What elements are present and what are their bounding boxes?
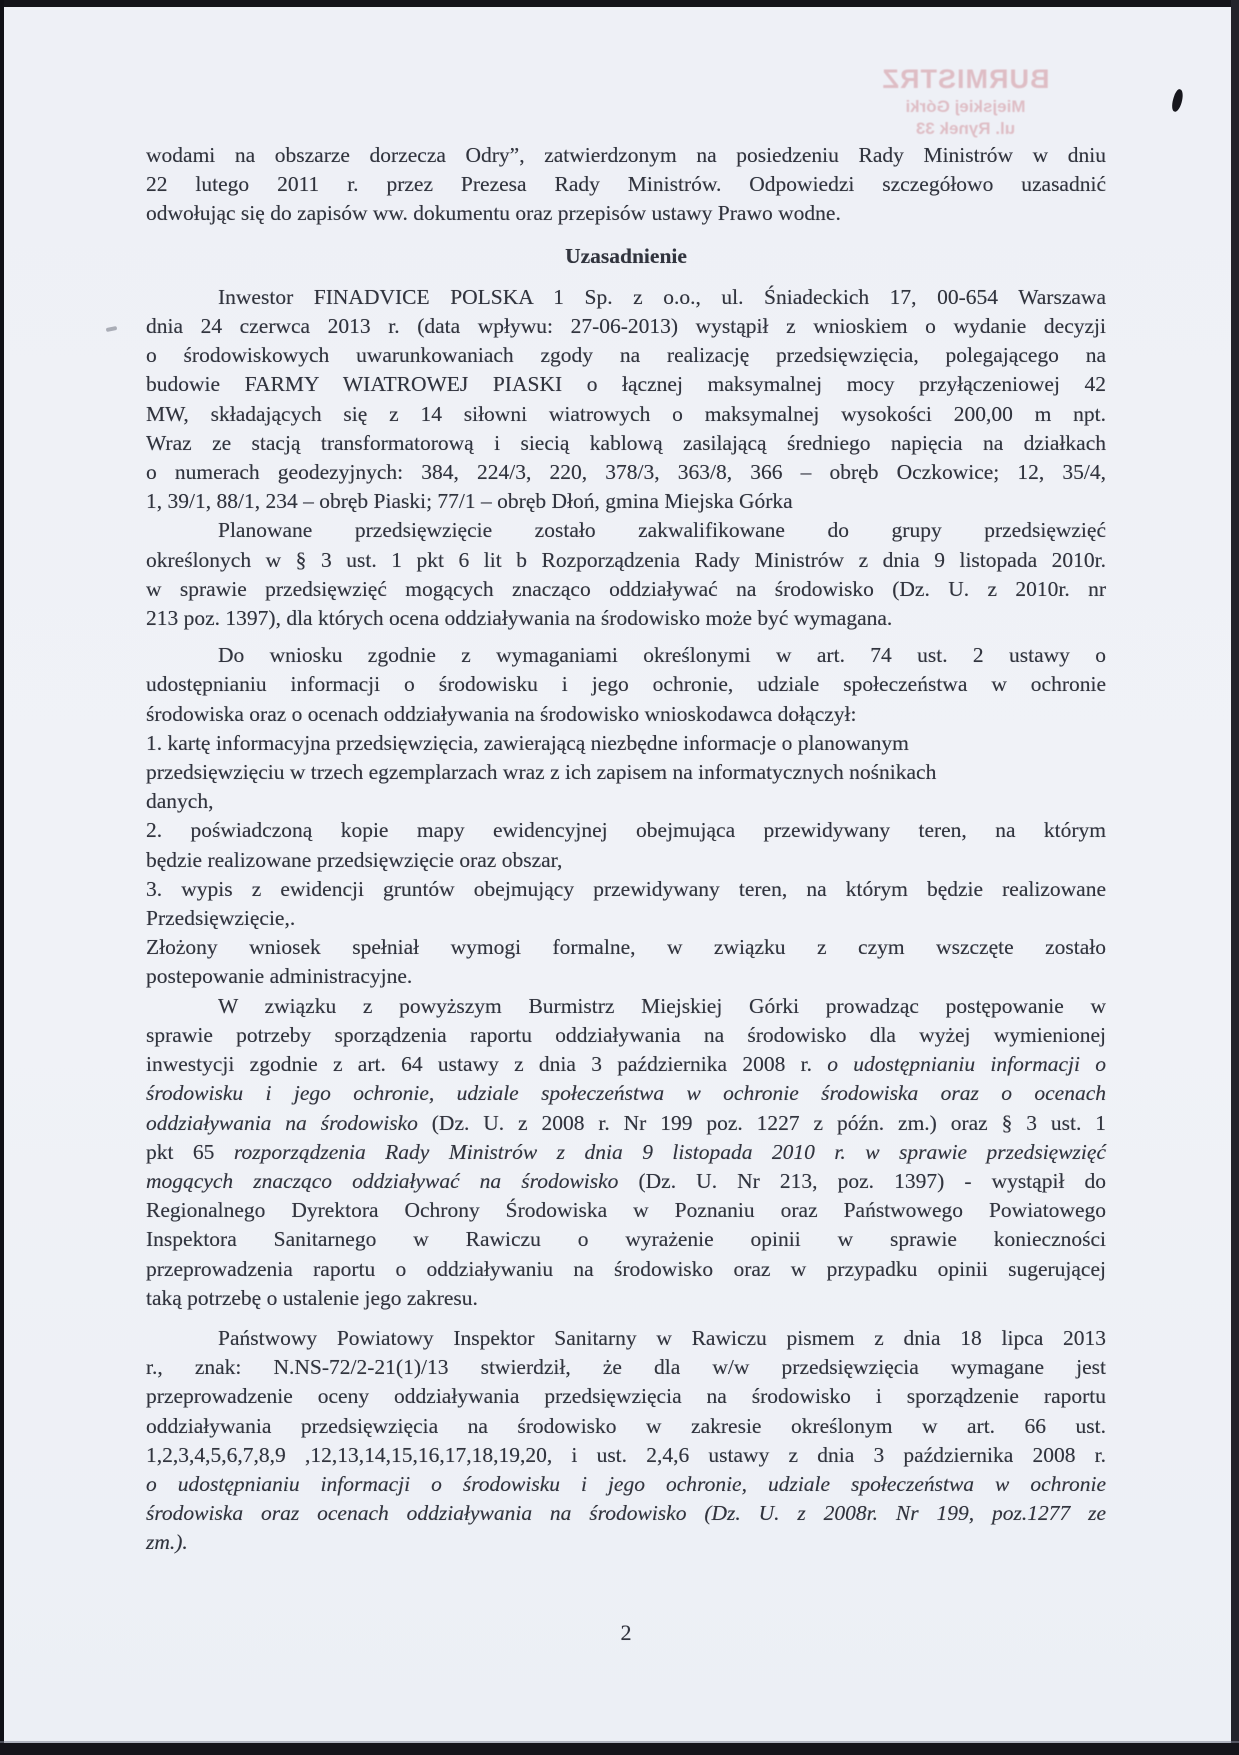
stray-mark (106, 326, 118, 332)
text-line: 2. poświadczoną kopie mapy ewidencyjnej … (146, 816, 1106, 845)
text-segment: (Dz. U. Nr 213, poz. 1397) - wystąpił do (639, 1169, 1107, 1193)
text-line: Wraz ze stacją transformatorową i siecią… (146, 429, 1106, 458)
text-line: mogących znacząco oddziaływać na środowi… (146, 1167, 1106, 1196)
text-segment: r., znak: N.NS-72/2-21(1)/13 stwierdził,… (146, 1355, 1106, 1379)
text-line: Planowane przedsięwzięcie zostało zakwal… (146, 516, 1106, 545)
text-segment: przeprowadzenia raportu o oddziaływaniu … (146, 1257, 1106, 1281)
ink-mark (1170, 88, 1185, 113)
paragraph: Państwowy Powiatowy Inspektor Sanitarny … (146, 1324, 1106, 1558)
document-body: wodami na obszarze dorzecza Odry”, zatwi… (146, 0, 1106, 1558)
text-line: taką potrzebę o ustalenie jego zakresu. (146, 1284, 1106, 1313)
text-segment: W związku z powyższym Burmistrz Miejskie… (218, 994, 1106, 1018)
text-segment: MW, składających się z 14 siłowni wiatro… (146, 402, 1106, 426)
text-line: odwołując się do zapisów ww. dokumentu o… (146, 199, 1106, 228)
text-segment: Regionalnego Dyrektora Ochrony Środowisk… (146, 1198, 1106, 1222)
text-segment: w sprawie przedsięwzięć mogących znacząc… (146, 577, 1106, 601)
text-segment: Państwowy Powiatowy Inspektor Sanitarny … (218, 1326, 1106, 1350)
text-segment: (Dz. U. z 2008 r. Nr 199 poz. 1227 z póź… (432, 1111, 1106, 1135)
text-segment: Wraz ze stacją transformatorową i siecią… (146, 431, 1106, 455)
text-segment: środowiska oraz o ocenach oddziaływania … (146, 702, 856, 726)
text-segment: Inspektora Sanitarnego w Rawiczu o wyraż… (146, 1227, 1106, 1251)
text-segment: o numerach geodezyjnych: 384, 224/3, 220… (146, 460, 1106, 484)
text-line: Złożony wniosek spełniał wymogi formalne… (146, 933, 1106, 962)
paragraph: wodami na obszarze dorzecza Odry”, zatwi… (146, 141, 1106, 229)
page-number: 2 (146, 1620, 1106, 1646)
text-line: będzie realizowane przedsięwzięcie oraz … (146, 846, 1106, 875)
text-segment: dnia 24 czerwca 2013 r. (data wpływu: 27… (146, 314, 1106, 338)
italic-text-segment: mogących znacząco oddziaływać na środowi… (146, 1169, 639, 1193)
text-segment: Planowane przedsięwzięcie zostało zakwal… (218, 518, 1106, 542)
paragraph: Planowane przedsięwzięcie zostało zakwal… (146, 516, 1106, 633)
text-segment: będzie realizowane przedsięwzięcie oraz … (146, 848, 562, 872)
text-segment: 1. kartę informacyjna przedsięwzięcia, z… (146, 731, 909, 755)
text-segment: 2. poświadczoną kopie mapy ewidencyjnej … (146, 818, 1106, 842)
italic-text-segment: zm.). (146, 1530, 188, 1554)
text-line: Regionalnego Dyrektora Ochrony Środowisk… (146, 1196, 1106, 1225)
text-line: oddziaływania przedsięwzięcia na środowi… (146, 1412, 1106, 1441)
text-line: o numerach geodezyjnych: 384, 224/3, 220… (146, 458, 1106, 487)
scan-edge-top (0, 0, 1239, 7)
text-line: 1,2,3,4,5,6,7,8,9 ,12,13,14,15,16,17,18,… (146, 1441, 1106, 1470)
text-line: W związku z powyższym Burmistrz Miejskie… (146, 992, 1106, 1021)
text-segment: taką potrzebę o ustalenie jego zakresu. (146, 1286, 478, 1310)
text-segment: określonych w § 3 ust. 1 pkt 6 lit b Roz… (146, 548, 1106, 572)
italic-text-segment: środowiska oraz ocenach oddziaływania na… (146, 1501, 1106, 1525)
text-segment: danych, (146, 789, 213, 813)
text-line: przeprowadzenie oceny oddziaływania prze… (146, 1382, 1106, 1411)
text-segment: Przedsięwzięcie,. (146, 906, 295, 930)
text-line: o udostępnianiu informacji o środowisku … (146, 1470, 1106, 1499)
text-segment: 1, 39/1, 88/1, 234 – obręb Piaski; 77/1 … (146, 489, 793, 513)
text-segment: postepowanie administracyjne. (146, 964, 412, 988)
italic-text-segment: rozporządzenia Rady Ministrów z dnia 9 l… (234, 1140, 1106, 1164)
text-segment: pkt 65 (146, 1140, 234, 1164)
text-segment: odwołując się do zapisów ww. dokumentu o… (146, 201, 841, 225)
paragraph: Do wniosku zgodnie z wymaganiami określo… (146, 641, 1106, 991)
text-line: Do wniosku zgodnie z wymaganiami określo… (146, 641, 1106, 670)
text-line: środowisku i jego ochronie, udziale społ… (146, 1079, 1106, 1108)
text-line: danych, (146, 787, 1106, 816)
text-line: inwestycji zgodnie z art. 64 ustawy z dn… (146, 1050, 1106, 1079)
italic-text-segment: środowisku i jego ochronie, udziale społ… (146, 1081, 1106, 1105)
text-segment: oddziaływania przedsięwzięcia na środowi… (146, 1414, 1106, 1438)
text-line: pkt 65 rozporządzenia Rady Ministrów z d… (146, 1138, 1106, 1167)
text-line: postepowanie administracyjne. (146, 962, 1106, 991)
text-line: środowiska oraz ocenach oddziaływania na… (146, 1499, 1106, 1528)
paragraph: W związku z powyższym Burmistrz Miejskie… (146, 992, 1106, 1313)
text-line: 1, 39/1, 88/1, 234 – obręb Piaski; 77/1 … (146, 487, 1106, 516)
text-line: środowiska oraz o ocenach oddziaływania … (146, 700, 1106, 729)
text-line: 1. kartę informacyjna przedsięwzięcia, z… (146, 729, 1106, 758)
text-line: zm.). (146, 1528, 1106, 1557)
text-segment: Złożony wniosek spełniał wymogi formalne… (146, 935, 1106, 959)
italic-text-segment: o udostępnianiu informacji o środowisku … (146, 1472, 1106, 1496)
text-line: 3. wypis z ewidencji gruntów obejmujący … (146, 875, 1106, 904)
paragraph: Inwestor FINADVICE POLSKA 1 Sp. z o.o., … (146, 283, 1106, 517)
text-line: 22 lutego 2011 r. przez Prezesa Rady Min… (146, 170, 1106, 199)
text-segment: 213 poz. 1397), dla których ocena oddzia… (146, 606, 892, 630)
text-line: 213 poz. 1397), dla których ocena oddzia… (146, 604, 1106, 633)
text-line: wodami na obszarze dorzecza Odry”, zatwi… (146, 141, 1106, 170)
text-line: r., znak: N.NS-72/2-21(1)/13 stwierdził,… (146, 1353, 1106, 1382)
italic-text-segment: o udostępnianiu informacji o (827, 1052, 1106, 1076)
text-segment: Inwestor FINADVICE POLSKA 1 Sp. z o.o., … (218, 285, 1106, 309)
scan-edge-right (1231, 0, 1239, 1755)
text-segment: budowie FARMY WIATROWEJ PIASKI o łącznej… (146, 372, 1106, 396)
text-segment: przeprowadzenie oceny oddziaływania prze… (146, 1384, 1106, 1408)
text-line: Przedsięwzięcie,. (146, 904, 1106, 933)
section-heading: Uzasadnienie (146, 242, 1106, 271)
text-segment: o środowiskowych uwarunkowaniach zgody n… (146, 343, 1106, 367)
text-line: przeprowadzenia raportu o oddziaływaniu … (146, 1255, 1106, 1284)
text-line: udostępnianiu informacji o środowisku i … (146, 670, 1106, 699)
text-line: przedsięwzięciu w trzech egzemplarzach w… (146, 758, 1106, 787)
text-line: w sprawie przedsięwzięć mogących znacząc… (146, 575, 1106, 604)
text-segment: 1,2,3,4,5,6,7,8,9 ,12,13,14,15,16,17,18,… (146, 1443, 1106, 1467)
scan-edge-bottom (0, 1743, 1239, 1755)
italic-text-segment: oddziaływania na środowisko (146, 1111, 432, 1135)
text-line: MW, składających się z 14 siłowni wiatro… (146, 400, 1106, 429)
text-segment: wodami na obszarze dorzecza Odry”, zatwi… (146, 143, 1106, 167)
text-line: sprawie potrzeby sporządzenia raportu od… (146, 1021, 1106, 1050)
text-line: Państwowy Powiatowy Inspektor Sanitarny … (146, 1324, 1106, 1353)
text-line: Inspektora Sanitarnego w Rawiczu o wyraż… (146, 1225, 1106, 1254)
text-segment: inwestycji zgodnie z art. 64 ustawy z dn… (146, 1052, 827, 1076)
text-segment: 22 lutego 2011 r. przez Prezesa Rady Min… (146, 172, 1106, 196)
text-line: określonych w § 3 ust. 1 pkt 6 lit b Roz… (146, 546, 1106, 575)
text-segment: przedsięwzięciu w trzech egzemplarzach w… (146, 760, 936, 784)
document-page: BURMISTRZ Miejskiej Górki ul. Rynek 33 w… (0, 0, 1239, 1755)
text-line: budowie FARMY WIATROWEJ PIASKI o łącznej… (146, 370, 1106, 399)
text-line: dnia 24 czerwca 2013 r. (data wpływu: 27… (146, 312, 1106, 341)
text-line: Inwestor FINADVICE POLSKA 1 Sp. z o.o., … (146, 283, 1106, 312)
text-segment: udostępnianiu informacji o środowisku i … (146, 672, 1106, 696)
text-segment: Do wniosku zgodnie z wymaganiami określo… (218, 643, 1106, 667)
scan-edge-left (0, 0, 4, 1755)
text-segment: 3. wypis z ewidencji gruntów obejmujący … (146, 877, 1106, 901)
text-segment: sprawie potrzeby sporządzenia raportu od… (146, 1023, 1106, 1047)
text-line: oddziaływania na środowisko (Dz. U. z 20… (146, 1109, 1106, 1138)
text-line: o środowiskowych uwarunkowaniach zgody n… (146, 341, 1106, 370)
